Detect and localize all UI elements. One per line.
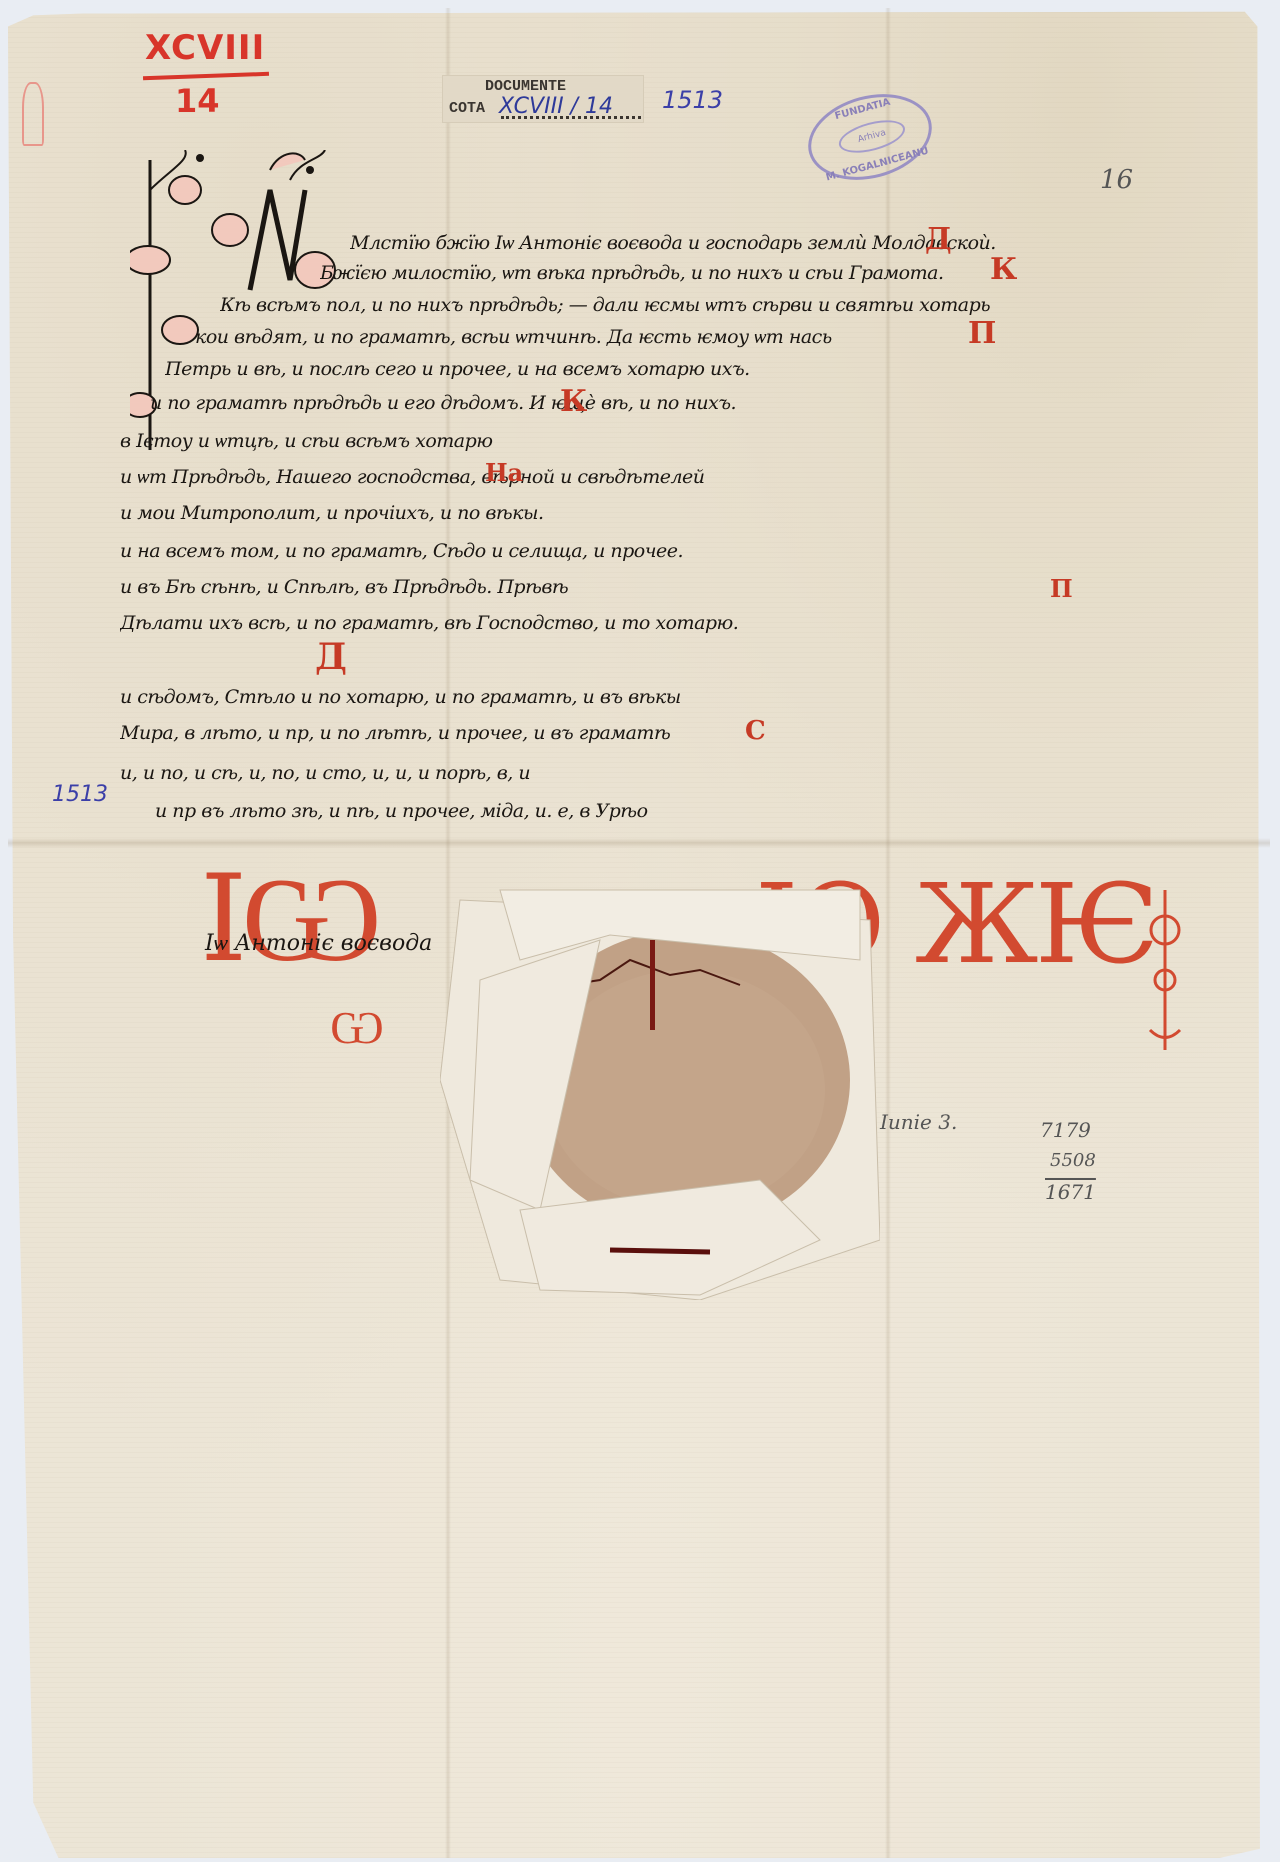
rubric-initial: К bbox=[560, 384, 587, 419]
pencil-note-number: 5508 bbox=[1050, 1150, 1096, 1171]
label-dotted-line bbox=[501, 116, 641, 119]
red-monogram-left: ІѠ bbox=[200, 860, 376, 980]
rubric-initial: Д bbox=[925, 222, 952, 257]
year-annotation-margin: 1513 bbox=[52, 782, 108, 807]
red-monogram-piece: Ѡ bbox=[330, 1000, 384, 1054]
text-line: Кѣ всѣмъ пол, и по нихъ прѣдѣдь; — дали … bbox=[220, 294, 1080, 317]
text-line: и ѡт Прѣдѣдь, Нашего господства, вѣрной … bbox=[120, 466, 1080, 489]
text-line: Мира, в лѣто, и пр, и по лѣтѣ, и прочее,… bbox=[120, 722, 1080, 744]
text-line: и по граматѣ прѣдѣдь и его дѣдомъ. И ѥщѐ… bbox=[150, 392, 1080, 414]
voivode-signature: Іѡ Антоніє воєвода bbox=[205, 930, 432, 956]
rubric-initial: Д bbox=[315, 636, 347, 678]
rubric-initial: С bbox=[745, 716, 766, 746]
rubric-initial: На bbox=[485, 458, 523, 487]
text-line: Бжїєю милостїю, ѡт вѣка прѣдѣдь, и по ни… bbox=[320, 262, 1080, 285]
red-crayon-mark bbox=[22, 82, 44, 146]
text-line: кои вѣдят, и по граматѣ, всѣи ѡтчинѣ. Да… bbox=[195, 326, 1075, 349]
text-line: и на всемъ том, и по граматѣ, Сѣдо и сел… bbox=[120, 540, 1080, 562]
floral-monogram-ornament bbox=[1135, 870, 1195, 1070]
wax-seal bbox=[440, 880, 880, 1300]
text-line: и, и по, и сѣ, и, по, и сто, и, и, и пор… bbox=[120, 762, 1080, 784]
text-line: Петрь и вѣ, и послѣ сего и прочее, и на … bbox=[165, 358, 1075, 380]
text-line: и въ Бѣ сѣнѣ, и Спѣлѣ, въ Прѣдѣдь. Прѣвѣ bbox=[120, 576, 1080, 598]
fold-line-horizontal bbox=[8, 838, 1270, 848]
red-monogram-piece: Ж bbox=[915, 860, 1039, 988]
year-annotation-top: 1513 bbox=[662, 86, 723, 114]
text-line: и пр въ лѣто зѣ, и пѣ, и прочее, міда, и… bbox=[155, 800, 1075, 822]
shelfmark-number: 14 bbox=[175, 82, 220, 120]
shelfmark-roman: XCVIII bbox=[145, 28, 265, 68]
rubric-initial: П bbox=[968, 316, 996, 351]
text-line: Дѣлати ихъ всѣ, и по граматѣ, вѣ Господс… bbox=[120, 612, 1080, 634]
text-line: и мои Митрополит, и прочіихъ, и по вѣкы. bbox=[120, 502, 1080, 524]
rubric-initial: К bbox=[990, 252, 1017, 287]
label-heading: DOCUMENTE bbox=[485, 78, 566, 95]
pencil-note-date: Iunie 3. bbox=[880, 1110, 957, 1134]
text-line: в Ієтоу и ѡтцѣ, и сѣи всѣмъ хотарю bbox=[120, 430, 1080, 453]
label-cota-prefix: COTA bbox=[449, 100, 485, 117]
pencil-note-number: 1671 bbox=[1045, 1180, 1096, 1204]
pencil-note-number: 7179 bbox=[1040, 1118, 1091, 1142]
pencil-page-number: 16 bbox=[1100, 165, 1133, 195]
archive-label: DOCUMENTE COTA XCVIII / 14 bbox=[443, 76, 643, 122]
stamp-center: Arhiva bbox=[835, 114, 908, 159]
text-line: и сѣдомъ, Стѣло и по хотарю, и по грамат… bbox=[120, 686, 1080, 708]
rubric-initial: П bbox=[1050, 574, 1073, 603]
